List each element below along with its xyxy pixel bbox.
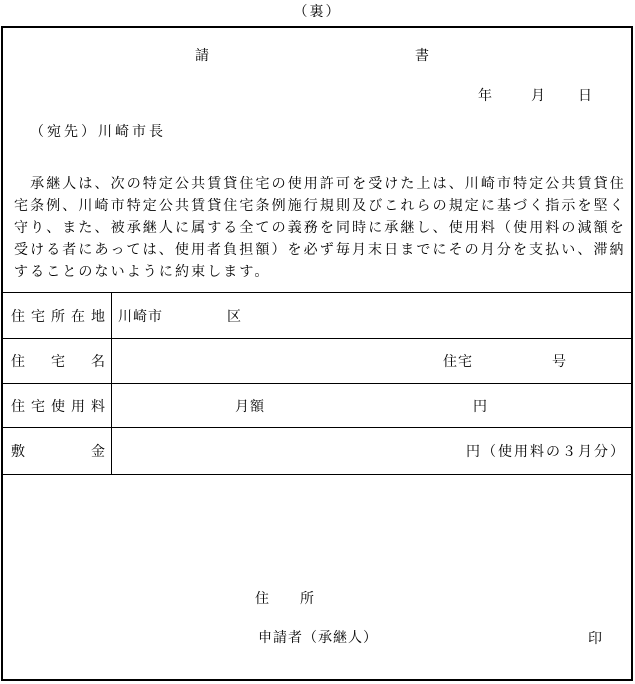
date-month-label: 月 bbox=[531, 85, 545, 105]
table-row-housing-name: 住 宅 名 住宅 号 bbox=[3, 339, 631, 384]
housing-location-value-cell: 川崎市 区 bbox=[112, 293, 631, 338]
form-title-char-2: 書 bbox=[415, 45, 429, 65]
date-day-label: 日 bbox=[578, 85, 592, 105]
signature-applicant-label: 申請者（承継人） bbox=[258, 627, 378, 647]
form-border-box: 請 書 年 月 日 （宛先）川崎市長 承継人は、次の特定公共賃貸住宅の使用許可を… bbox=[1, 26, 633, 681]
housing-suffix-text: 住宅 bbox=[443, 351, 473, 371]
pledge-paragraph-line: 宅条例、川崎市特定公共賃貸住宅条例施行規則及びこれらの規定に基づく指示を堅く bbox=[14, 196, 632, 218]
ward-suffix-text: 区 bbox=[227, 306, 242, 326]
pledge-paragraph-line: 守り、また、被承継人に属する全ての義務を同時に承継し、使用料（使用料の減額を bbox=[14, 218, 632, 240]
form-title-char-1: 請 bbox=[195, 45, 209, 65]
city-prefix-text: 川崎市 bbox=[118, 306, 163, 326]
addressee-line: （宛先）川崎市長 bbox=[30, 121, 166, 141]
housing-name-label: 住 宅 名 bbox=[3, 339, 112, 383]
housing-fee-label: 住宅使用料 bbox=[3, 384, 112, 427]
document-page: （裏） 請 書 年 月 日 （宛先）川崎市長 承継人は、次の特定公共賃貸住宅の使… bbox=[0, 0, 635, 684]
number-suffix-text: 号 bbox=[552, 351, 567, 371]
monthly-amount-label: 月額 bbox=[235, 396, 265, 416]
deposit-value-cell: 円（使用料の３月分） bbox=[112, 428, 631, 474]
table-row-deposit: 敷 金 円（使用料の３月分） bbox=[3, 428, 631, 475]
pledge-paragraph-line: することのないように約束します。 bbox=[14, 262, 632, 284]
housing-fee-value-cell: 月額 円 bbox=[112, 384, 631, 427]
pledge-paragraph-line: 承継人は、次の特定公共賃貸住宅の使用許可を受けた上は、川崎市特定公共賃貸住 bbox=[14, 174, 632, 196]
pledge-paragraph: 承継人は、次の特定公共賃貸住宅の使用許可を受けた上は、川崎市特定公共賃貸住 宅条… bbox=[14, 174, 632, 284]
signature-seal-label: 印 bbox=[588, 628, 602, 648]
page-side-label: （裏） bbox=[0, 1, 635, 21]
housing-details-table: 住宅所在地 川崎市 区 住 宅 名 住宅 号 住宅使用料 月額 円 bbox=[3, 292, 631, 475]
table-row-housing-fee: 住宅使用料 月額 円 bbox=[3, 384, 631, 428]
housing-name-value-cell: 住宅 号 bbox=[112, 339, 631, 383]
date-year-label: 年 bbox=[478, 85, 492, 105]
table-row-housing-location: 住宅所在地 川崎市 区 bbox=[3, 293, 631, 339]
housing-location-label: 住宅所在地 bbox=[3, 293, 112, 338]
signature-address-label: 住 所 bbox=[255, 588, 315, 608]
pledge-paragraph-line: 受ける者にあっては、使用者負担額）を必ず毎月末日までにその月分を支払い、滞納 bbox=[14, 240, 632, 262]
yen-unit-label: 円 bbox=[473, 396, 488, 416]
deposit-unit-note-text: 円（使用料の３月分） bbox=[466, 441, 626, 461]
deposit-label: 敷 金 bbox=[3, 428, 112, 474]
